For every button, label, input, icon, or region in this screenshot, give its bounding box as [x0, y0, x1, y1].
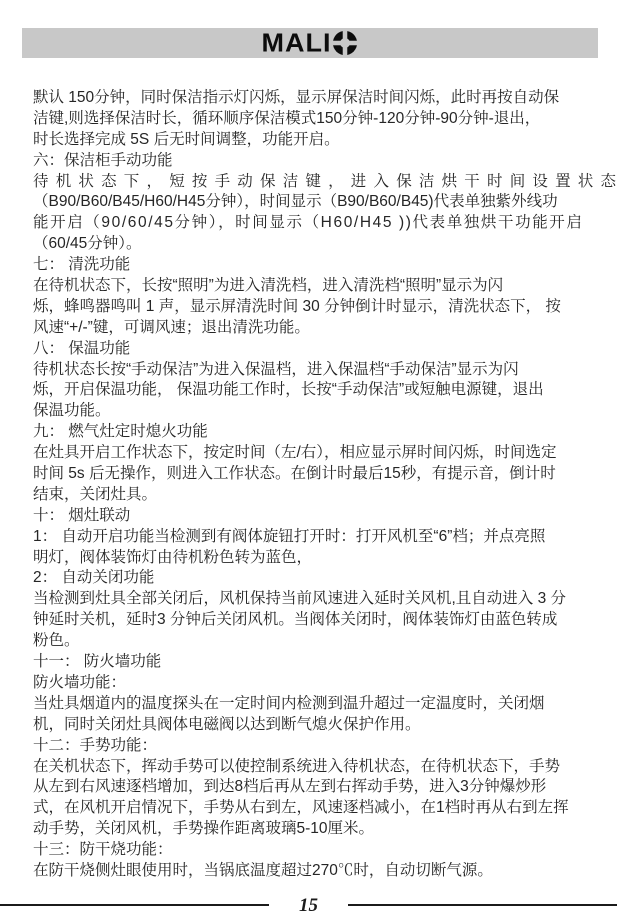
- text-line: 默认 150分钟，同时保洁指示灯闪烁，显示屏保洁时间闪烁，此时再按自动保: [33, 88, 587, 109]
- text-line: 明灯，阀体装饰灯由待机粉色转为蓝色，: [33, 548, 587, 569]
- text-line: 能开启（90/60/45分钟），时间显示（H60/H45 ))代表单独烘干功能开…: [33, 213, 587, 234]
- text-line: 从左到右风速逐档增加，到达8档后再从左到右挥动手势，进入3分钟爆炒形: [33, 777, 587, 798]
- text-line: 时间 5s 后无操作，则进入工作状态。在倒计时最后15秒，有提示音，倒计时: [33, 464, 587, 485]
- text-line: 粉色。: [33, 631, 587, 652]
- text-line: 待机状态长按“手动保洁”为进入保温档，进入保温档“手动保洁”显示为闪: [33, 360, 587, 381]
- text-line: 机，同时关闭灶具阀体电磁阀以达到断气熄火保护作用。: [33, 715, 587, 736]
- text-line: 结束，关闭灶具。: [33, 485, 587, 506]
- text-line: 六：保洁柜手动功能: [33, 151, 587, 172]
- text-line: 洁键,则选择保洁时长，循环顺序保洁模式150分钟-120分钟-90分钟-退出，: [33, 109, 587, 130]
- text-line: 十一： 防火墙功能: [33, 652, 587, 673]
- text-line: 在防干烧侧灶眼使用时，当锅底温度超过270℃时，自动切断气源。: [33, 861, 587, 882]
- text-line: 保温功能。: [33, 401, 587, 422]
- brand-logo: MALI: [262, 30, 359, 57]
- footer-rule-left: [0, 904, 269, 906]
- text-line: 十二：手势功能：: [33, 736, 587, 757]
- body-text: 默认 150分钟，同时保洁指示灯闪烁，显示屏保洁时间闪烁，此时再按自动保洁键,则…: [33, 88, 587, 882]
- text-line: 七： 清洗功能: [33, 255, 587, 276]
- text-line: 当检测到灶具全部关闭后，风机保持当前风速进入延时关风机,且自动进入 3 分: [33, 589, 587, 610]
- text-line: 十三：防干烧功能：: [33, 840, 587, 861]
- text-line: 动手势，关闭风机，手势操作距离玻璃5-10厘米。: [33, 819, 587, 840]
- brand-header-bar: MALI: [22, 28, 598, 58]
- text-line: 钟延时关机，延时3 分钟后关闭风机。当阀体关闭时，阀体装饰灯由蓝色转成: [33, 610, 587, 631]
- text-line: 在灶具开启工作状态下，按定时间（左/右），相应显示屏时间闪烁，时间选定: [33, 443, 587, 464]
- text-line: 十： 烟灶联动: [33, 506, 587, 527]
- text-line: 当灶具烟道内的温度探头在一定时间内检测到温升超过一定温度时，关闭烟: [33, 694, 587, 715]
- text-line: 时长选择完成 5S 后无时间调整，功能开启。: [33, 130, 587, 151]
- text-line: 待机状态下，短按手动保洁键，进入保洁烘干时间设置状态: [33, 172, 587, 193]
- text-line: 九： 燃气灶定时熄火功能: [33, 422, 587, 443]
- text-line: 2： 自动关闭功能: [33, 568, 587, 589]
- page-number: 15: [269, 896, 348, 915]
- text-line: 八： 保温功能: [33, 339, 587, 360]
- text-line: 烁，开启保温功能， 保温功能工作时，长按“手动保洁”或短触电源键，退出: [33, 380, 587, 401]
- footer-rule-right: [348, 904, 617, 906]
- text-line: 在关机状态下，挥动手势可以使控制系统进入待机状态，在待机状态下，手势: [33, 757, 587, 778]
- page-footer: 15: [0, 894, 617, 916]
- text-line: 烁，蜂鸣器鸣叫 1 声，显示屏清洗时间 30 分钟倒计时显示，清洗状态下， 按: [33, 297, 587, 318]
- text-line: 防火墙功能：: [33, 673, 587, 694]
- brand-logo-text: MALI: [262, 30, 332, 56]
- text-line: 1： 自动开启功能当检测到有阀体旋钮打开时：打开风机至“6”档；并点亮照: [33, 527, 587, 548]
- text-line: 在待机状态下，长按“照明”为进入清洗档，进入清洗档“照明”显示为闪: [33, 276, 587, 297]
- text-line: 式，在风机开启情况下，手势从右到左，风速逐档减小，在1档时再从右到左挥: [33, 798, 587, 819]
- quadrant-ring-icon: [332, 30, 358, 56]
- text-line: 风速“+/-”键，可调风速；退出清洗功能。: [33, 318, 587, 339]
- text-line: （60/45分钟）。: [33, 234, 587, 255]
- text-line: （B90/B60/B45/H60/H45分钟），时间显示（B90/B60/B45…: [33, 192, 587, 213]
